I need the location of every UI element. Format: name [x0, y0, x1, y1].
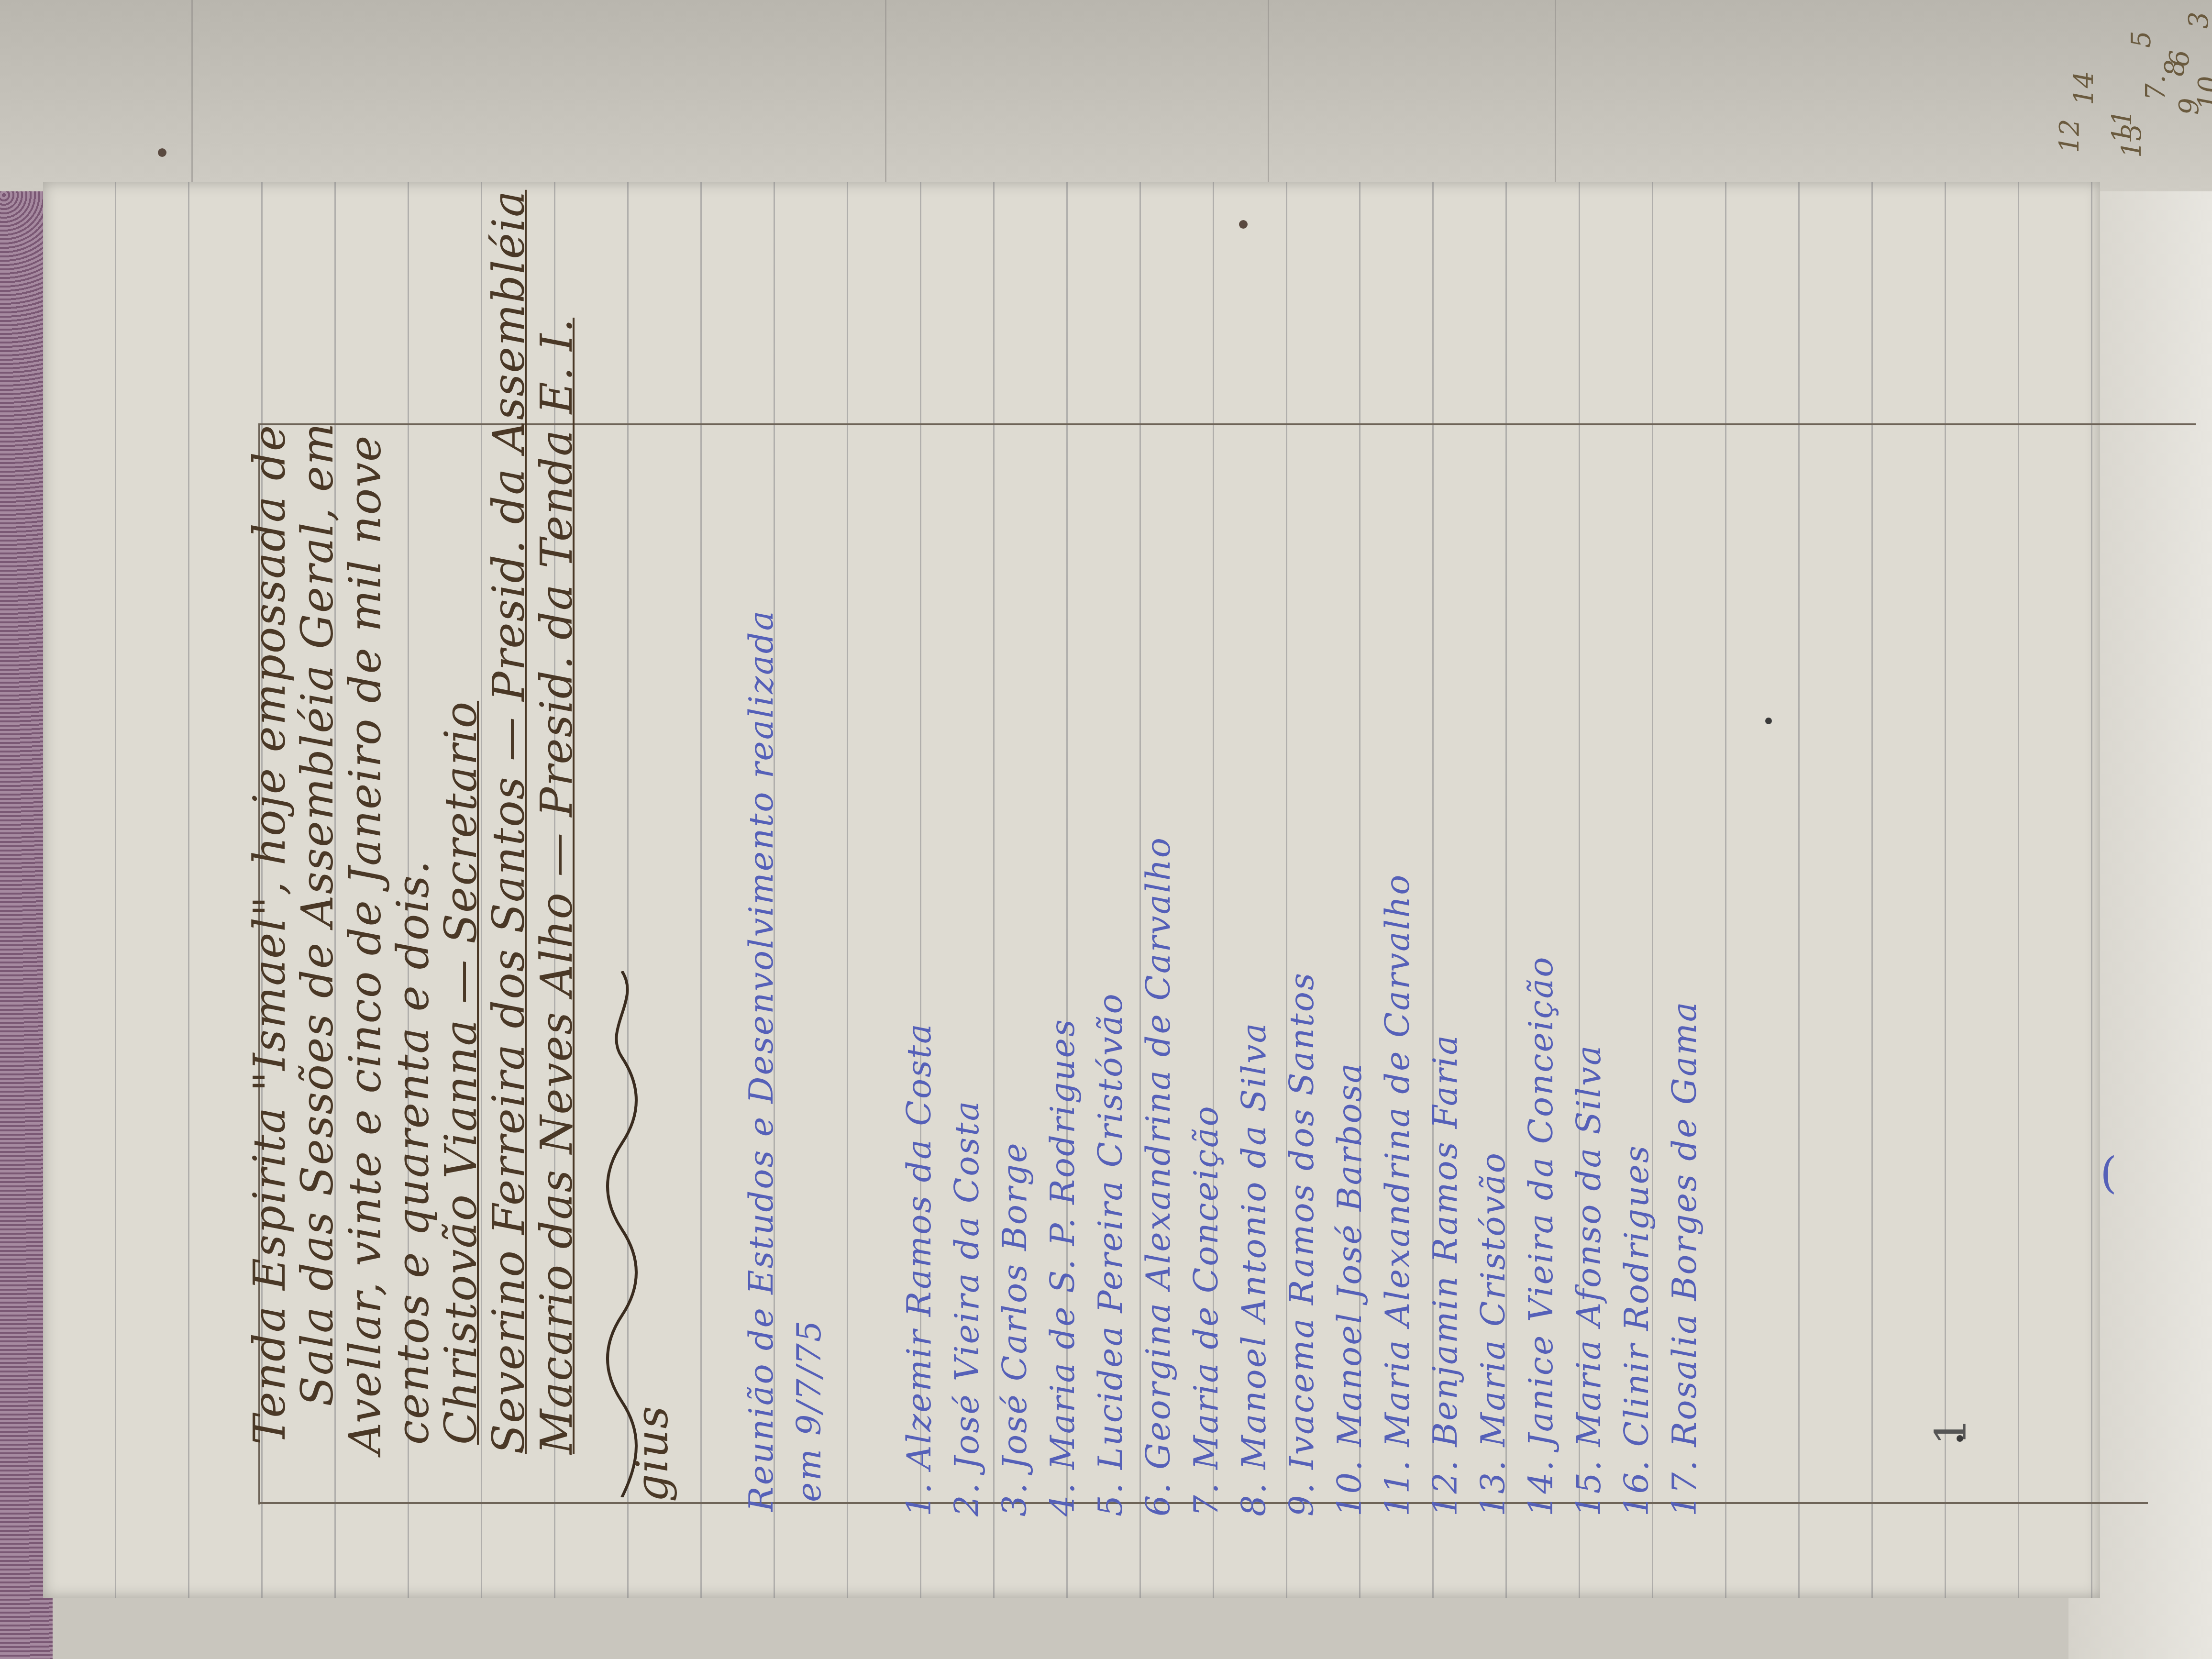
margin-number: 12: [2054, 119, 2085, 153]
list-item: 1. Alzemir Ramos da Costa: [899, 1022, 939, 1516]
list-item: 17. Rosalia Borges de Gama: [1665, 1000, 1704, 1516]
stray-mark: 1: [1926, 1418, 1976, 1445]
meeting-date: em 9/7/75: [789, 1319, 829, 1502]
ruled-line: [1268, 0, 1269, 191]
signature-secretario: Christovão Vianna — Secretario: [435, 701, 487, 1445]
ruled-line: [191, 0, 193, 191]
margin-number: 7.: [2140, 75, 2171, 100]
signature-presidente-assembleia: Severino Ferreira dos Santos — Presid. d…: [483, 190, 534, 1454]
margin-number: 3: [2183, 11, 2212, 29]
list-item: 8. Manoel Antonio da Silva: [1234, 1022, 1273, 1516]
list-item: 5. Lucidea Pereira Cristóvão: [1091, 992, 1130, 1516]
margin-number: 8: [2159, 59, 2190, 77]
header-line-2: Sala das Sessões de Assembléia Geral, em: [292, 422, 343, 1406]
list-item: 11. Maria Alexandrina de Carvalho: [1378, 874, 1417, 1516]
header-line-8: gius: [627, 1405, 678, 1502]
previous-page-edge: 3 5 6 7. 8 9 10 11 12 13 14: [0, 0, 2212, 191]
list-item: 14. Janice Vieira da Conceição: [1521, 956, 1560, 1516]
header-line-3: Avellar, vinte e cinco de Janeiro de mil…: [340, 434, 391, 1454]
list-item: 15. Maria Afonso da Silva: [1569, 1044, 1608, 1516]
list-item: 3. José Carlos Borge: [995, 1141, 1034, 1516]
ruled-line: [1555, 0, 1556, 191]
margin-number: 10: [2193, 76, 2212, 110]
margin-number: 5: [2126, 31, 2157, 48]
list-item: 16. Clinir Rodrigues: [1617, 1144, 1656, 1516]
list-item: 10. Manoel José Barbosa: [1330, 1062, 1369, 1516]
binding-stitch: [158, 148, 166, 157]
ruled-line: [885, 0, 886, 191]
ink-dot: [1957, 1435, 1963, 1442]
list-item: 6. Georgina Alexandrina de Carvalho: [1139, 836, 1178, 1516]
list-item: 2. José Vieira da Costa: [947, 1100, 986, 1516]
margin-number: 14: [2068, 71, 2100, 105]
ink-dot: [1765, 718, 1772, 724]
margin-number: 13: [2116, 124, 2147, 158]
header-line-4: centos e quarenta e dois.: [387, 860, 439, 1445]
binding-stitch: [1239, 220, 1248, 229]
list-item: 12. Benjamin Ramos Faria: [1426, 1034, 1465, 1516]
meeting-title: Reunião de Estudos e Desenvolvimento rea…: [741, 609, 781, 1512]
ledger-page: Tenda Espirita "Ismael", hoje empossada …: [43, 182, 2100, 1598]
list-item: 4. Maria de S. P. Rodrigues: [1043, 1018, 1082, 1516]
list-item: 7. Maria de Conceição: [1186, 1105, 1226, 1516]
stray-mark: (: [2100, 1148, 2117, 1198]
list-item: 9. Ivacema Ramos dos Santos: [1282, 972, 1321, 1516]
header-line-1: Tenda Espirita "Ismael", hoje empossada …: [244, 424, 295, 1445]
signature-presidente-tenda: Macario das Neves Alho — Presid. da Tend…: [531, 318, 582, 1454]
previous-page-margin-numbers: 3 5 6 7. 8 9 10 11 12 13 14: [1772, 0, 2202, 191]
list-item: 13. Maria Cristóvão: [1473, 1151, 1513, 1516]
